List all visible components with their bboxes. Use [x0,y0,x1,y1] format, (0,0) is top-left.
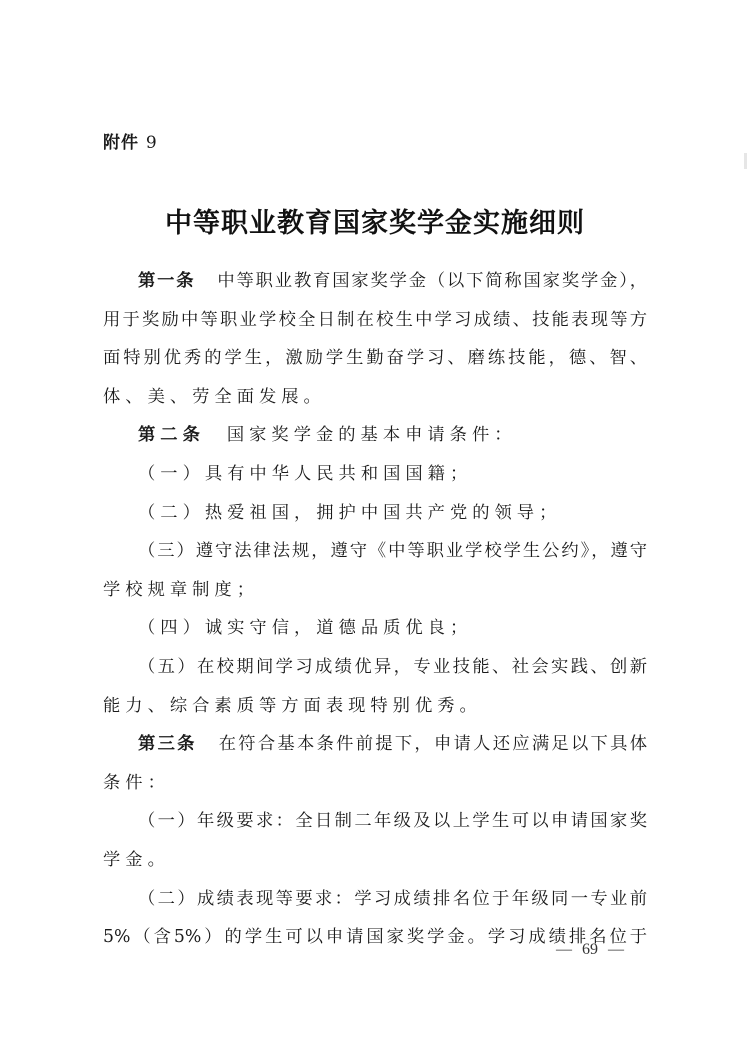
attachment-label: 附件 9 [103,128,158,153]
document-title: 中等职业教育国家奖学金实施细则 [0,201,750,240]
document-body: 第一条中等职业教育国家奖学金（以下简称国家奖学金）， 用于奖励中等职业学校全日制… [103,262,647,957]
article-2-label: 第二条 [138,425,205,445]
article-1-label: 第一条 [138,271,195,291]
article-1-line-3: 面特别优秀的学生，激励学生勤奋学习、磨练技能，德、智、 [103,339,647,378]
article-2-item-5-line-1: （五）在校期间学习成绩优异，专业技能、社会实践、创新 [103,648,647,687]
article-3-label: 第三条 [138,734,197,754]
article-2-item-1: （一）具有中华人民共和国国籍； [103,455,647,494]
article-2-item-3-line-1: （三）遵守法律法规，遵守《中等职业学校学生公约》，遵守 [103,532,647,571]
paragraph-text: 中等职业教育国家奖学金（以下简称国家奖学金）， [217,271,647,291]
scan-edge-mark [744,153,747,169]
article-1-line-1: 第一条中等职业教育国家奖学金（以下简称国家奖学金）， [103,262,647,301]
article-3-line-2: 条件： [103,764,647,803]
page-number: — 69 — [556,941,624,959]
article-1-line-2: 用于奖励中等职业学校全日制在校生中学习成绩、技能表现等方 [103,301,647,340]
attachment-number: 9 [146,133,158,153]
attachment-label-text: 附件 [103,133,139,153]
article-3-item-2-line-1: （二）成绩表现等要求：学习成绩排名位于年级同一专业前 [103,880,647,919]
article-3-line-1: 第三条在符合基本条件前提下，申请人还应满足以下具体 [103,725,647,764]
paragraph-text: 在符合基本条件前提下，申请人还应满足以下具体 [219,734,647,754]
article-3-item-1-line-1: （一）年级要求：全日制二年级及以上学生可以申请国家奖 [103,802,647,841]
article-2-item-2: （二）热爱祖国，拥护中国共产党的领导； [103,494,647,533]
paragraph-text: 国家奖学金的基本申请条件： [227,425,517,445]
article-2-item-4: （四）诚实守信，道德品质优良； [103,609,647,648]
article-1-line-4: 体、美、劳全面发展。 [103,378,647,417]
article-3-item-1-line-2: 学金。 [103,841,647,880]
article-2-item-5-line-2: 能力、综合素质等方面表现特别优秀。 [103,687,647,726]
article-2-item-3-line-2: 学校规章制度； [103,571,647,610]
article-2-line-1: 第二条国家奖学金的基本申请条件： [103,416,647,455]
